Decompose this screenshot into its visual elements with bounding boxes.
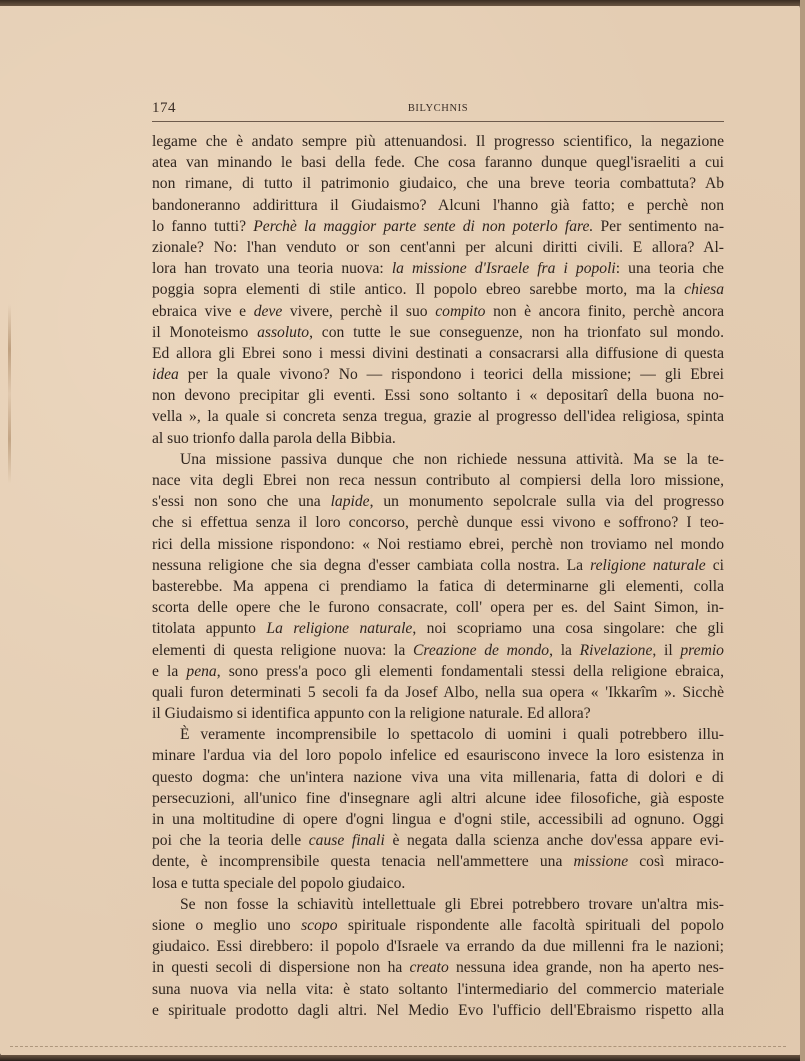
text-segment: elementi di questa religione nuova: la bbox=[152, 642, 413, 659]
text-segment: atea van minando le basi della fede. Che… bbox=[152, 154, 724, 171]
text-segment: per la quale vivono? No — rispondono i t… bbox=[179, 366, 724, 383]
text-line: sione o meglio uno scopo spirituale risp… bbox=[152, 915, 724, 936]
text-line: non devono precipitar gli eventi. Essi s… bbox=[152, 385, 724, 406]
text-line: elementi di questa religione nuova: la C… bbox=[152, 640, 724, 661]
italic-text: lapide bbox=[331, 493, 370, 510]
text-line: dente, è incomprensibile questa tenacia … bbox=[152, 851, 724, 872]
text-segment: al suo trionfo dalla parola della Bibbia… bbox=[152, 430, 396, 447]
text-line: nace vita degli Ebrei non reca nessun co… bbox=[152, 470, 724, 491]
text-segment: Una missione passiva dunque che non rich… bbox=[180, 451, 724, 468]
italic-text: Creazione de mondo bbox=[413, 642, 549, 659]
italic-text: scopo bbox=[301, 917, 337, 934]
text-segment: Ed allora gli Ebrei sono i messi divini … bbox=[152, 345, 724, 362]
text-segment: poi che la teoria delle bbox=[152, 832, 309, 849]
text-segment: nace vita degli Ebrei non reca nessun co… bbox=[152, 472, 724, 489]
header-rule bbox=[152, 121, 724, 122]
italic-text: pena bbox=[186, 663, 216, 680]
text-segment: nessuna idea grande, non ha aperto nes- bbox=[449, 959, 724, 976]
text-segment: questo dogma: che un'intera nazione viva… bbox=[152, 769, 724, 786]
italic-text: compito bbox=[435, 303, 485, 320]
text-line: in questi secoli di dispersione non ha c… bbox=[152, 957, 724, 978]
text-line: il Giudaismo si identifica appunto con l… bbox=[152, 703, 724, 724]
text-line: ebraica vive e deve vivere, perchè il su… bbox=[152, 301, 724, 322]
italic-text: assoluto bbox=[257, 324, 309, 341]
text-segment: , con tutte le sue conseguenze, non ha t… bbox=[309, 324, 724, 341]
text-segment: poggia sopra elementi di stile antico. I… bbox=[152, 281, 684, 298]
text-line: losa e tutta speciale del popolo giudaic… bbox=[152, 873, 724, 894]
text-line: poi che la teoria delle cause finali è n… bbox=[152, 830, 724, 851]
text-segment: in una moltitudine di opere d'ogni lingu… bbox=[152, 811, 724, 828]
text-segment: non è ancora finito, perchè ancora bbox=[485, 303, 724, 320]
text-segment: così miraco- bbox=[628, 853, 724, 870]
body-text: legame che è andato sempre più attenuand… bbox=[152, 131, 724, 1021]
page-top-shadow bbox=[0, 0, 805, 6]
text-segment: che si effettua senza il loro concorso, … bbox=[152, 514, 724, 531]
text-line: minare l'ardua via del loro popolo infel… bbox=[152, 745, 724, 766]
text-segment: in questi secoli di dispersione non ha bbox=[152, 959, 410, 976]
text-line: legame che è andato sempre più attenuand… bbox=[152, 131, 724, 152]
text-segment: , il bbox=[652, 642, 680, 659]
text-segment: vella », la quale si concreta senza treg… bbox=[152, 408, 724, 425]
text-segment: il Giudaismo si identifica appunto con l… bbox=[152, 705, 591, 722]
text-segment: scorta delle opere che le furono consacr… bbox=[152, 599, 724, 616]
text-segment: sione o meglio uno bbox=[152, 917, 301, 934]
text-line: lora han trovato una teoria nuova: la mi… bbox=[152, 258, 724, 279]
text-segment: losa e tutta speciale del popolo giudaic… bbox=[152, 875, 405, 892]
italic-text: deve bbox=[254, 303, 283, 320]
text-line: e la pena, sono press'a poco gli element… bbox=[152, 661, 724, 682]
text-line: poggia sopra elementi di stile antico. I… bbox=[152, 279, 724, 300]
page-right-edge bbox=[800, 0, 805, 1061]
text-segment: dente, è incomprensibile questa tenacia … bbox=[152, 853, 574, 870]
text-segment: vivere, perchè il suo bbox=[282, 303, 435, 320]
italic-text: La religione naturale bbox=[266, 620, 412, 637]
italic-text: idea bbox=[152, 366, 179, 383]
text-segment: titolata appunto bbox=[152, 620, 266, 637]
italic-text: religione naturale bbox=[590, 557, 706, 574]
text-segment: quali furon determinati 5 secoli fa da J… bbox=[152, 684, 724, 701]
text-segment: spirituale rispondente alle facoltà spir… bbox=[338, 917, 724, 934]
text-line: idea per la quale vivono? No — rispondon… bbox=[152, 364, 724, 385]
text-segment: nessuna religione che sia degna d'esser … bbox=[152, 557, 590, 574]
text-segment: lo fanno tutti? bbox=[152, 218, 253, 235]
text-line: basterebbe. Ma appena ci prendiamo la fa… bbox=[152, 576, 724, 597]
text-segment: , noi scopriamo una cosa singolare: che … bbox=[412, 620, 724, 637]
text-line: titolata appunto La religione naturale, … bbox=[152, 618, 724, 639]
text-segment: basterebbe. Ma appena ci prendiamo la fa… bbox=[152, 578, 724, 595]
text-segment: persecuzioni, all'unico fine d'insegnare… bbox=[152, 790, 724, 807]
text-line: e spirituale prodotto dagli altri. Nel M… bbox=[152, 1000, 724, 1021]
text-line: giudaico. Essi direbbero: il popolo d'Is… bbox=[152, 936, 724, 957]
italic-text: la missione d'Israele fra i popoli bbox=[392, 260, 616, 277]
text-segment: minare l'ardua via del loro popolo infel… bbox=[152, 747, 724, 764]
text-segment: , la bbox=[549, 642, 580, 659]
text-segment: lora han trovato una teoria nuova: bbox=[152, 260, 392, 277]
text-segment: È veramente incomprensibile lo spettacol… bbox=[180, 726, 724, 743]
text-segment: il Monoteismo bbox=[152, 324, 257, 341]
text-line: questo dogma: che un'intera nazione viva… bbox=[152, 767, 724, 788]
text-line: rici della missione rispondono: « Noi re… bbox=[152, 534, 724, 555]
text-segment: e la bbox=[152, 663, 186, 680]
text-line: al suo trionfo dalla parola della Bibbia… bbox=[152, 428, 724, 449]
text-line: il Monoteismo assoluto, con tutte le sue… bbox=[152, 322, 724, 343]
journal-title: BILYCHNIS bbox=[152, 103, 724, 114]
text-line: non rimane, di tutto il patrimonio giuda… bbox=[152, 173, 724, 194]
text-segment: non devono precipitar gli eventi. Essi s… bbox=[152, 387, 724, 404]
text-line: bandoneranno addirittura il Giudaismo? A… bbox=[152, 195, 724, 216]
text-segment: e spirituale prodotto dagli altri. Nel M… bbox=[152, 1002, 724, 1019]
page-deckle-edge bbox=[10, 1046, 786, 1051]
text-segment: suna nuova via nella vita: è stato solta… bbox=[152, 981, 724, 998]
page-bottom-shadow bbox=[0, 1055, 805, 1061]
text-line: lo fanno tutti? Perchè la maggior parte … bbox=[152, 216, 724, 237]
text-line: nessuna religione che sia degna d'esser … bbox=[152, 555, 724, 576]
text-segment: è negata dalla scienza anche dov'essa ap… bbox=[385, 832, 724, 849]
text-line: Una missione passiva dunque che non rich… bbox=[152, 449, 724, 470]
text-line: s'essi non sono che una lapide, un monum… bbox=[152, 491, 724, 512]
text-segment: bandoneranno addirittura il Giudaismo? A… bbox=[152, 197, 724, 214]
text-segment: s'essi non sono che una bbox=[152, 493, 331, 510]
text-segment: zionale? No: l'han venduto or son cent'a… bbox=[152, 239, 724, 256]
text-segment: rici della missione rispondono: « Noi re… bbox=[152, 536, 724, 553]
text-segment: non rimane, di tutto il patrimonio giuda… bbox=[152, 175, 724, 192]
text-line: Se non fosse la schiavitù intellettuale … bbox=[152, 894, 724, 915]
text-segment: giudaico. Essi direbbero: il popolo d'Is… bbox=[152, 938, 724, 955]
running-header: 174 BILYCHNIS bbox=[152, 100, 724, 120]
text-line: quali furon determinati 5 secoli fa da J… bbox=[152, 682, 724, 703]
text-segment: legame che è andato sempre più attenuand… bbox=[152, 133, 724, 150]
italic-text: Perchè la maggior parte sente di non pot… bbox=[253, 218, 593, 235]
text-line: in una moltitudine di opere d'ogni lingu… bbox=[152, 809, 724, 830]
text-line: persecuzioni, all'unico fine d'insegnare… bbox=[152, 788, 724, 809]
text-segment: , sono press'a poco gli elementi fondame… bbox=[217, 663, 724, 680]
text-segment: ci bbox=[706, 557, 724, 574]
text-line: suna nuova via nella vita: è stato solta… bbox=[152, 979, 724, 1000]
text-segment: Per sentimento na- bbox=[593, 218, 724, 235]
text-line: atea van minando le basi della fede. Che… bbox=[152, 152, 724, 173]
text-segment: , un monumento sepolcrale sulla via del … bbox=[370, 493, 724, 510]
italic-text: creato bbox=[410, 959, 449, 976]
text-segment: : una teoria che bbox=[616, 260, 724, 277]
text-line: zionale? No: l'han venduto or son cent'a… bbox=[152, 237, 724, 258]
text-line: che si effettua senza il loro concorso, … bbox=[152, 512, 724, 533]
italic-text: Rivelazione bbox=[580, 642, 653, 659]
italic-text: missione bbox=[574, 853, 629, 870]
text-segment: Se non fosse la schiavitù intellettuale … bbox=[180, 896, 724, 913]
italic-text: cause finali bbox=[309, 832, 385, 849]
page-crease bbox=[8, 304, 11, 484]
italic-text: chiesa bbox=[684, 281, 724, 298]
text-line: Ed allora gli Ebrei sono i messi divini … bbox=[152, 343, 724, 364]
text-line: vella », la quale si concreta senza treg… bbox=[152, 406, 724, 427]
italic-text: premio bbox=[680, 642, 724, 659]
text-line: scorta delle opere che le furono consacr… bbox=[152, 597, 724, 618]
text-line: È veramente incomprensibile lo spettacol… bbox=[152, 724, 724, 745]
text-segment: ebraica vive e bbox=[152, 303, 254, 320]
